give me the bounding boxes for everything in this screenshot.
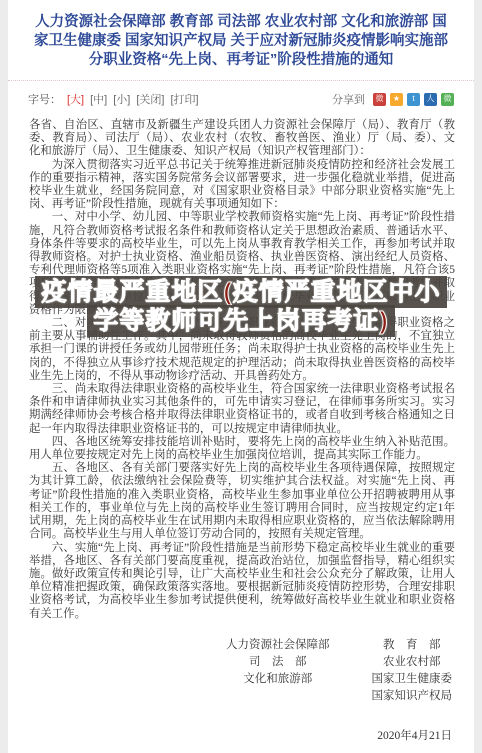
document-title: 人力资源社会保障部 教育部 司法部 农业农村部 文化和旅游部 国家卫生健康委 国… bbox=[8, 13, 474, 81]
font-size-label: 字号： bbox=[28, 91, 61, 107]
share-icon-wechat[interactable]: 微 bbox=[441, 93, 454, 106]
document-paragraph: 二、对实施“先上岗、再考证”的准入类职业资格，高校毕业生在取得职业资格之前主要从… bbox=[29, 317, 455, 383]
signature-line: 农业农村部 bbox=[383, 654, 441, 671]
document-page: 人力资源社会保障部 教育部 司法部 农业农村部 文化和旅游部 国家卫生健康委 国… bbox=[8, 0, 474, 753]
share-icon-tqq[interactable]: t bbox=[407, 93, 420, 106]
signature-block: 人力资源社会保障部司 法 部文化和旅游部 教 育 部农业农村部国家卫生健康委国家… bbox=[8, 637, 474, 705]
print-button[interactable]: [打印] bbox=[171, 91, 199, 107]
share-controls: 分享到 微★t人微 bbox=[332, 91, 454, 107]
document-paragraph: 六、实施“先上岗、再考证”阶段性措施是当前形势下稳定高校毕业生就业的重要举措，各… bbox=[29, 542, 455, 621]
signature-line: 国家知识产权局 bbox=[372, 688, 453, 705]
document-paragraph: 各省、自治区、直辖市及新疆生产建设兵团人力资源社会保障厅（局）、教育厅（教委、教… bbox=[29, 119, 455, 159]
signature-line: 人力资源社会保障部 bbox=[226, 637, 330, 654]
font-size-medium-button[interactable]: [中] bbox=[90, 91, 107, 107]
signature-column-left: 人力资源社会保障部司 法 部文化和旅游部 bbox=[226, 637, 330, 705]
share-label: 分享到 bbox=[332, 91, 365, 107]
signature-line: 国家卫生健康委 bbox=[372, 671, 453, 688]
document-date: 2020年4月21日 bbox=[8, 727, 474, 753]
signature-column-right: 教 育 部农业农村部国家卫生健康委国家知识产权局 bbox=[372, 637, 453, 705]
document-body: 各省、自治区、直辖市及新疆生产建设兵团人力资源社会保障厅（局）、教育厅（教委、教… bbox=[8, 116, 474, 621]
share-icon-qq[interactable]: 人 bbox=[424, 93, 437, 106]
document-paragraph: 为深入贯彻落实习近平总书记关于统筹推进新冠肺炎疫情防控和经济社会发展工作的重要指… bbox=[29, 159, 455, 212]
font-size-small-button[interactable]: [小] bbox=[113, 91, 130, 107]
font-size-controls: 字号： [大] [中] [小] [关闭] [打印] bbox=[28, 91, 199, 107]
font-size-large-button[interactable]: [大] bbox=[67, 91, 84, 107]
close-button[interactable]: [关闭] bbox=[136, 91, 164, 107]
share-icon-qzone[interactable]: ★ bbox=[390, 93, 403, 106]
document-paragraph: 三、尚未取得法律职业资格的高校毕业生，符合国家统一法律职业资格考试报名条件和申请… bbox=[29, 383, 455, 436]
share-icon-row: 微★t人微 bbox=[373, 93, 454, 106]
toolbar: 字号： [大] [中] [小] [关闭] [打印] 分享到 微★t人微 bbox=[8, 81, 474, 116]
signature-line: 教 育 部 bbox=[383, 637, 441, 654]
signature-line: 文化和旅游部 bbox=[243, 671, 312, 688]
document-paragraph: 五、各地区、各有关部门要落实好先上岗的高校毕业生各项待遇保障，按照规定为其计算工… bbox=[29, 462, 455, 541]
share-icon-weibo[interactable]: 微 bbox=[373, 93, 386, 106]
document-paragraph: 四、各地区统筹安排技能培训补贴时，要将先上岗的高校毕业生纳入补贴范围。用人单位要… bbox=[29, 436, 455, 462]
signature-line: 司 法 部 bbox=[249, 654, 307, 671]
document-paragraph: 一、对中小学、幼儿园、中等职业学校教师资格实施“先上岗、再考证”阶段性措施，凡符… bbox=[29, 211, 455, 317]
